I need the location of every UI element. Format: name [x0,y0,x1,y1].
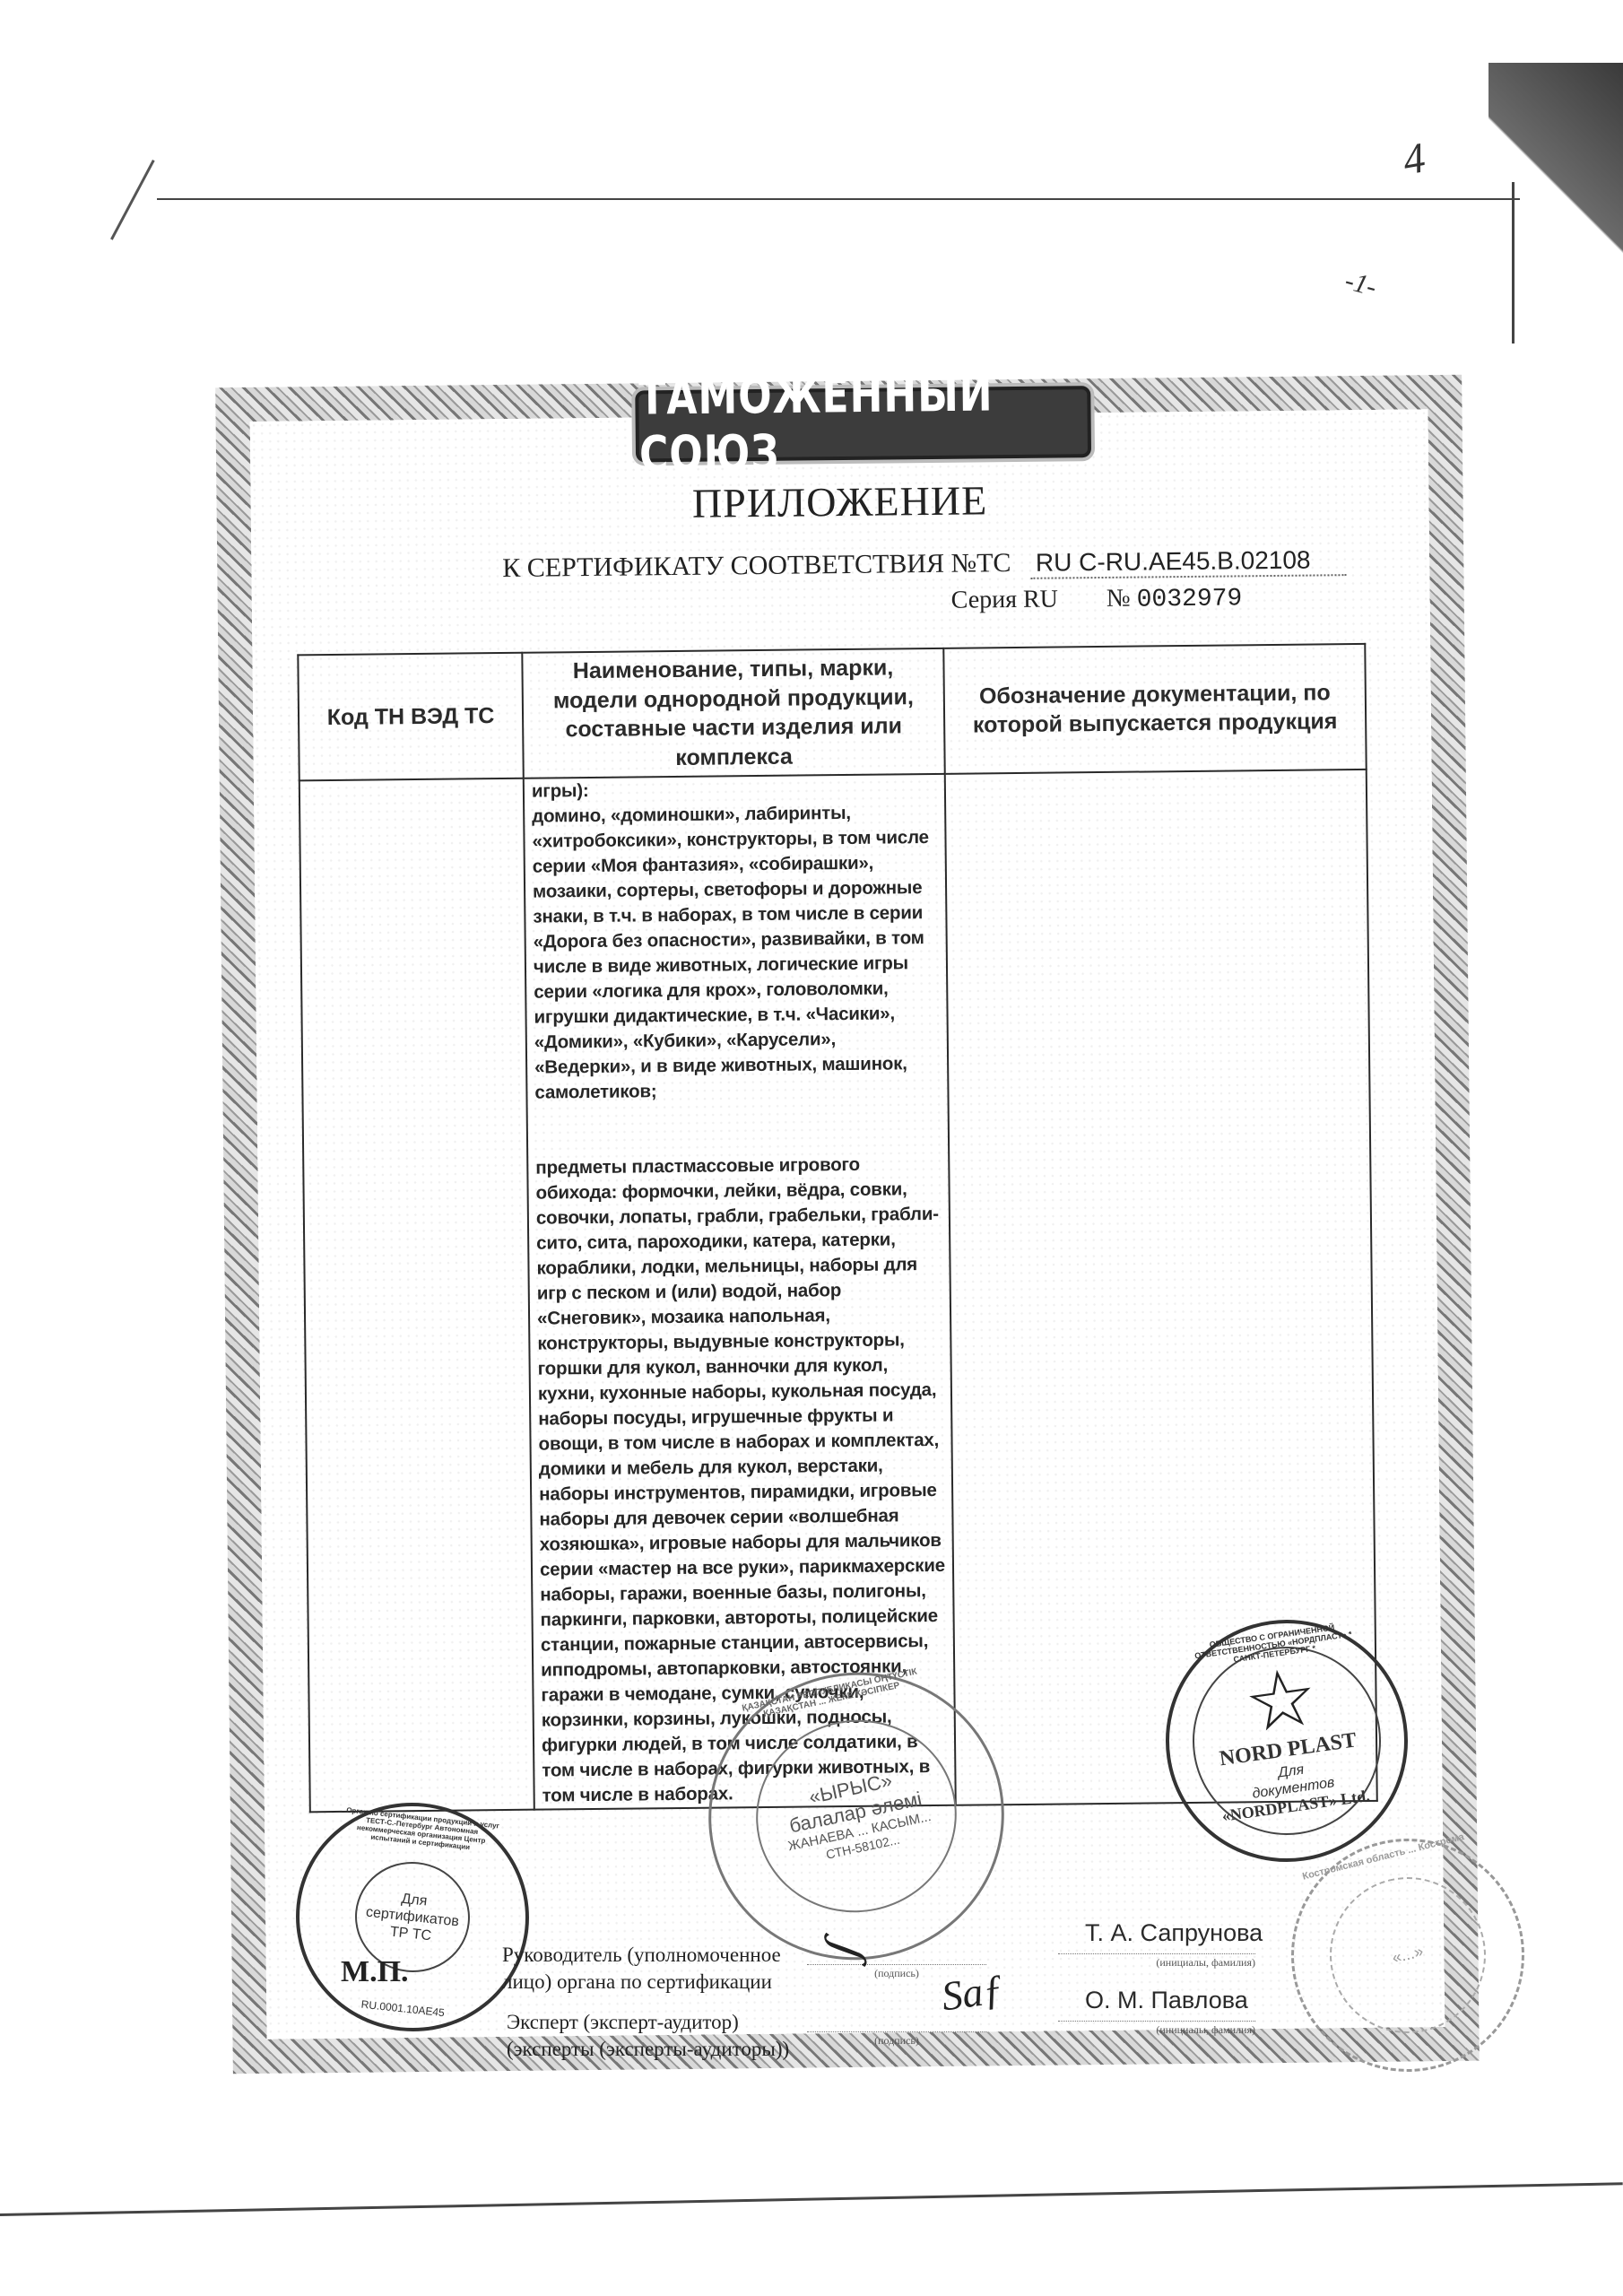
expert-role-line: (эксперты (эксперты-аудиторы)) [507,2036,789,2063]
head-role-line: лицо) органа по сертификации [502,1969,781,1996]
cell-description: игры): домино, «доминошки», лабиринты, «… [524,774,956,1810]
column-header-code: Код ТН ВЭД ТС [298,653,523,781]
table-header-row: Код ТН ВЭД ТС Наименование, типы, марки,… [298,644,1366,780]
head-name: Т. А. Сапрунова [1085,1919,1263,1947]
page-title: ПРИЛОЖЕНИЕ [250,472,1428,532]
series-line: Серия RU № 0032979 [951,583,1243,615]
product-table: Код ТН ВЭД ТС Наименование, типы, марки,… [297,643,1377,1813]
expert-name: О. М. Павлова [1085,1987,1248,2014]
margin-mark: -1- [1341,265,1380,303]
page-bottom-line [0,2182,1623,2216]
head-name-caption: (инициалы, фамилия) [1058,1953,1255,1970]
expert-role: Эксперт (эксперт-аудитор) (эксперты (экс… [507,2009,789,2063]
outer-frame-slash [110,160,155,240]
serial-number: 0032979 [1137,585,1243,613]
banner-text: ТАМОЖЕННЫЙ СОЮЗ [638,364,1088,483]
expert-name-caption: (инициалы, фамилия) [1058,2021,1255,2037]
expert-signature-caption: (подпись) [807,2031,986,2048]
head-role: Руководитель (уполномоченное лицо) орган… [502,1942,781,1996]
outer-frame-line [157,198,1520,200]
stamp-center: ☆ NORD PLAST Для документов «NORDPLAST» … [1202,1655,1371,1826]
expert-role-line: Эксперт (эксперт-аудитор) [507,2009,789,2036]
customs-union-banner: ТАМОЖЕННЫЙ СОЮЗ [635,386,1091,462]
stamp-center: Для сертификатов ТР ТС [363,1886,462,1947]
serial-no-label: № [1107,585,1131,613]
column-header-documentation: Обозначение документации, по которой вып… [943,644,1366,774]
certificate-number: RU C-RU.AE45.B.02108 [1030,545,1347,579]
handwritten-page-number: 4 [1399,133,1428,185]
description-spacer [535,1101,942,1156]
certificate-label: К СЕРТИФИКАТУ СООТВЕТСТВИЯ №ТС [502,548,1011,583]
cell-code [299,778,534,1813]
outer-frame-line [1512,182,1515,344]
certificate-reference: К СЕРТИФИКАТУ СООТВЕТСТВИЯ №ТС RU C-RU.A… [502,544,1347,585]
head-role-line: Руководитель (уполномоченное [502,1942,781,1969]
series-label: Серия RU [951,586,1059,614]
seal-place-label: М.П. [341,1955,409,1989]
expert-signature: Ѕаƒ [939,1964,1007,2020]
column-header-name: Наименование, типы, марки, модели одноро… [522,648,944,778]
description-paragraph: домино, «доминошки», лабиринты, «хитробо… [532,800,940,1106]
scan-corner-shadow [1488,63,1623,269]
